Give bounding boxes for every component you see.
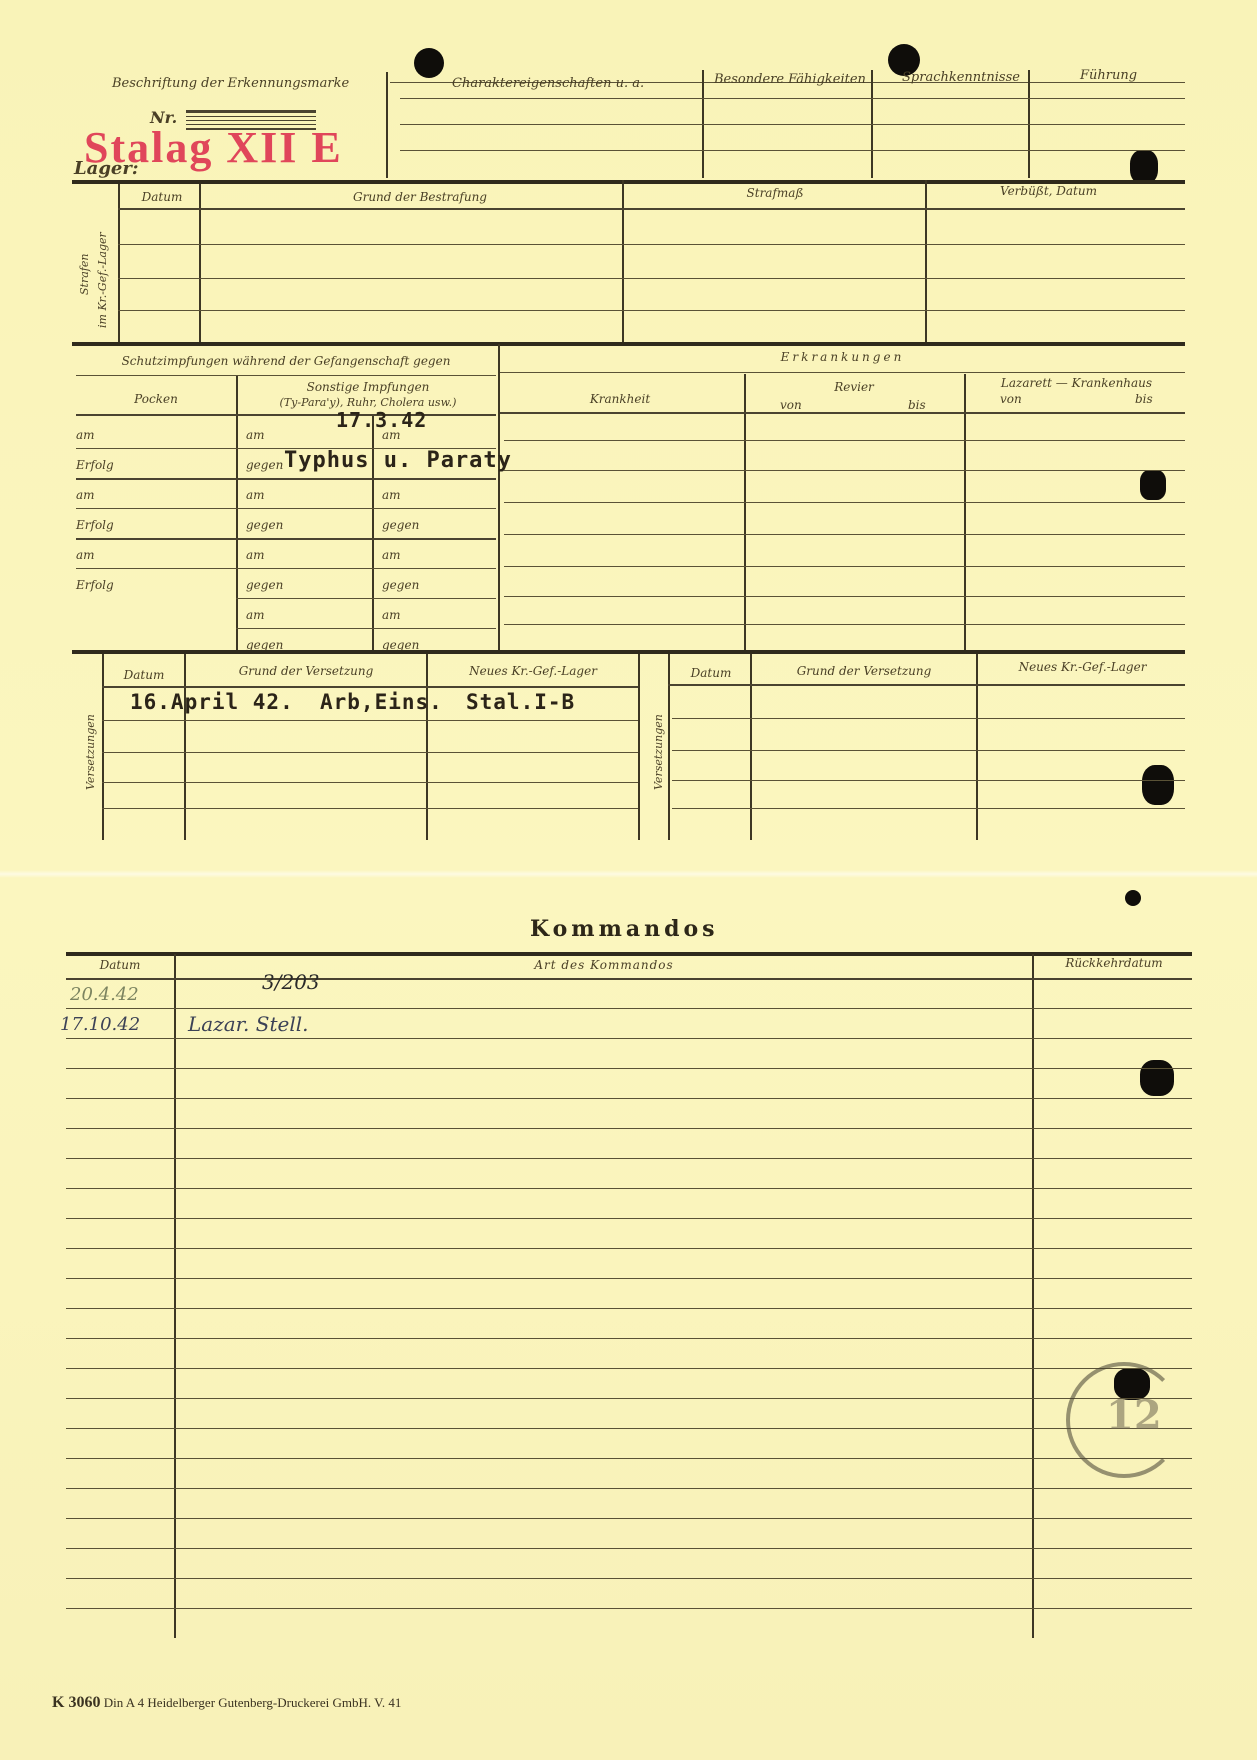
- sonstige-row-2: am: [382, 488, 401, 502]
- sonstige-row-2: am: [382, 608, 401, 622]
- strafen-vline: [622, 180, 624, 344]
- vers-vline: [426, 654, 428, 840]
- row-line: [66, 1398, 1192, 1399]
- sonstige-row: am: [246, 548, 265, 562]
- sonstige-row: gegen: [246, 578, 283, 592]
- vers-entry-grund: Arb,Eins.: [320, 690, 443, 714]
- erkennungsmarke-label: Beschriftung der Erkennungsmarke: [112, 76, 349, 91]
- col-revier: Revier: [748, 380, 960, 394]
- row-line: [66, 1518, 1192, 1519]
- col-sprachkenntnisse: Sprachkenntnisse: [902, 70, 1020, 85]
- revier-von: von: [780, 398, 802, 412]
- row-line: [500, 412, 1185, 414]
- strafen-col-datum: Datum: [132, 190, 192, 204]
- form-number: K 3060: [52, 1694, 100, 1711]
- header-divider: [386, 72, 388, 178]
- row-line: [668, 684, 1185, 686]
- row-line: [504, 534, 1185, 535]
- row-line: [672, 750, 1185, 751]
- row-line: [400, 98, 1185, 99]
- sonstige-row: am: [246, 608, 265, 622]
- col-faehigkeiten: Besondere Fähigkeiten: [714, 72, 866, 87]
- sonstige-row: am: [246, 488, 265, 502]
- row-line: [76, 568, 496, 569]
- vers-col-datum: Datum: [104, 668, 184, 682]
- row-line: [66, 978, 1192, 980]
- row-line: [504, 440, 1185, 441]
- col-lazarett: Lazarett — Krankenhaus: [968, 376, 1185, 390]
- section-divider: [66, 952, 1192, 956]
- vers-vline: [976, 654, 978, 840]
- row-line: [236, 628, 496, 629]
- kommandos-col-datum: Datum: [66, 958, 174, 972]
- versetzungen-side-label-right: Versetzungen: [652, 714, 665, 790]
- burn-hole: [1140, 470, 1166, 500]
- row-line: [672, 718, 1185, 719]
- impf-vline: [498, 344, 500, 652]
- row-line: [236, 598, 496, 599]
- row-line: [66, 1608, 1192, 1609]
- row-line: [102, 752, 638, 753]
- row-line: [400, 150, 1185, 151]
- burn-hole: [1125, 890, 1141, 906]
- row-line: [76, 538, 496, 540]
- row-line: [118, 244, 1185, 245]
- pocken-row: am: [76, 428, 95, 442]
- sonstige-row-2: gegen: [382, 578, 419, 592]
- row-line: [672, 808, 1185, 809]
- col-sonstige-1: Sonstige Impfungen: [240, 380, 496, 394]
- form-page: Beschriftung der Erkennungsmarke Nr. Lag…: [0, 0, 1257, 1760]
- row-line: [66, 1368, 1192, 1369]
- row-line: [66, 1038, 1192, 1039]
- versetzungen-side-label: Versetzungen: [84, 714, 97, 790]
- vers-col-grund-right: Grund der Versetzung: [754, 664, 974, 678]
- kommandos-title: Kommandos: [530, 916, 719, 942]
- kommando-entry-art: 3/203: [262, 970, 320, 994]
- row-line: [66, 1248, 1192, 1249]
- row-line: [66, 1488, 1192, 1489]
- row-line: [504, 624, 1185, 625]
- row-line: [66, 1068, 1192, 1069]
- vers-col-lager: Neues Kr.-Gef.-Lager: [430, 664, 636, 678]
- row-line: [672, 780, 1185, 781]
- row-line: [66, 1188, 1192, 1189]
- burn-hole: [1140, 1060, 1174, 1096]
- row-line: [504, 596, 1185, 597]
- vers-col-lager-right: Neues Kr.-Gef.-Lager: [980, 660, 1185, 674]
- row-line: [66, 1128, 1192, 1129]
- row-line: [66, 1338, 1192, 1339]
- strafen-side-label-2: im Kr.-Gef.-Lager: [96, 232, 109, 328]
- kommando-entry-datum: 17.10.42: [60, 1014, 140, 1035]
- col-krankheit: Krankheit: [500, 392, 740, 406]
- lazarett-bis: bis: [1135, 392, 1153, 406]
- row-line: [66, 1218, 1192, 1219]
- impf-date-stamp: 17.3.42: [336, 408, 427, 432]
- row-line: [76, 375, 496, 376]
- pocken-row: am: [76, 548, 95, 562]
- row-line: [102, 808, 638, 809]
- row-line: [66, 1158, 1192, 1159]
- fold-line: [0, 870, 1257, 878]
- pocken-row: am: [76, 488, 95, 502]
- lager-stamp: Stalag XII E: [84, 122, 343, 173]
- strafen-vline: [925, 180, 927, 344]
- row-line: [118, 310, 1185, 311]
- row-line: [504, 566, 1185, 567]
- vers-vline: [638, 654, 640, 840]
- strafen-col-verbuesst: Verbüßt, Datum: [1000, 184, 1097, 198]
- impf-disease-stamp: Typhus u. Paraty: [284, 448, 512, 473]
- row-line: [102, 720, 638, 721]
- row-line: [504, 470, 1185, 471]
- row-line: [118, 208, 1185, 210]
- col-charakter: Charaktereigenschaften u. a.: [452, 76, 644, 91]
- vers-entry-datum: 16.April 42.: [130, 690, 294, 714]
- section-divider: [72, 342, 1185, 346]
- row-line: [66, 1428, 1192, 1429]
- impfungen-title: Schutzimpfungen während der Gefangenscha…: [76, 354, 496, 368]
- row-line: [76, 414, 496, 416]
- row-line: [66, 1308, 1192, 1309]
- row-line: [66, 1098, 1192, 1099]
- pocken-row: Erfolg: [76, 518, 114, 532]
- burn-hole: [1130, 150, 1158, 184]
- row-line: [76, 478, 496, 480]
- row-line: [400, 124, 1185, 125]
- erk-vline: [744, 374, 746, 652]
- komm-vline: [174, 954, 176, 1638]
- row-line: [118, 278, 1185, 279]
- erk-vline: [964, 374, 966, 652]
- vers-col-datum-right: Datum: [672, 666, 750, 680]
- strafen-side-label: Strafen: [78, 254, 91, 295]
- vers-vline: [184, 654, 186, 840]
- row-line: [66, 1578, 1192, 1579]
- sonstige-row: am: [246, 428, 265, 442]
- section-divider: [72, 650, 1185, 654]
- kommando-entry-art: Lazar. Stell.: [188, 1012, 308, 1036]
- printer-text: Din A 4 Heidelberger Gutenberg-Druckerei…: [104, 1695, 402, 1710]
- row-line: [102, 782, 638, 783]
- col-fuehrung: Führung: [1080, 68, 1137, 83]
- strafen-col-strafmass: Strafmaß: [630, 186, 920, 200]
- kommandos-col-rueckkehr: Rückkehrdatum: [1036, 956, 1192, 970]
- sonstige-row-2: am: [382, 548, 401, 562]
- col-pocken: Pocken: [76, 392, 236, 406]
- row-line: [66, 1008, 1192, 1009]
- komm-vline: [1032, 954, 1034, 1638]
- punch-hole: [414, 48, 444, 78]
- row-line: [504, 502, 1185, 503]
- row-line: [66, 1278, 1192, 1279]
- revier-bis: bis: [908, 398, 926, 412]
- kommando-entry-datum: 20.4.42: [70, 984, 139, 1005]
- erkrankungen-title: Erkrankungen: [500, 350, 1185, 364]
- row-line: [102, 686, 638, 688]
- burn-hole: [1142, 765, 1174, 805]
- pocken-row: Erfolg: [76, 458, 114, 472]
- vers-col-grund: Grund der Versetzung: [188, 664, 424, 678]
- vers-entry-lager: Stal.I-B: [466, 690, 575, 714]
- impf-vline: [236, 376, 238, 652]
- vers-vline: [750, 654, 752, 840]
- pocken-row: Erfolg: [76, 578, 114, 592]
- lazarett-von: von: [1000, 392, 1022, 406]
- vers-vline: [668, 654, 670, 840]
- row-line: [66, 1548, 1192, 1549]
- sonstige-row-2: gegen: [382, 518, 419, 532]
- round-stamp-number: 12: [1106, 1392, 1162, 1439]
- row-line: [66, 1458, 1192, 1459]
- sonstige-row: gegen: [246, 518, 283, 532]
- row-line: [76, 508, 496, 509]
- strafen-col-grund: Grund der Bestrafung: [220, 190, 620, 204]
- sonstige-row: gegen: [246, 458, 283, 472]
- row-line: [500, 372, 1185, 373]
- form-footer: K 3060 Din A 4 Heidelberger Gutenberg-Dr…: [52, 1694, 401, 1712]
